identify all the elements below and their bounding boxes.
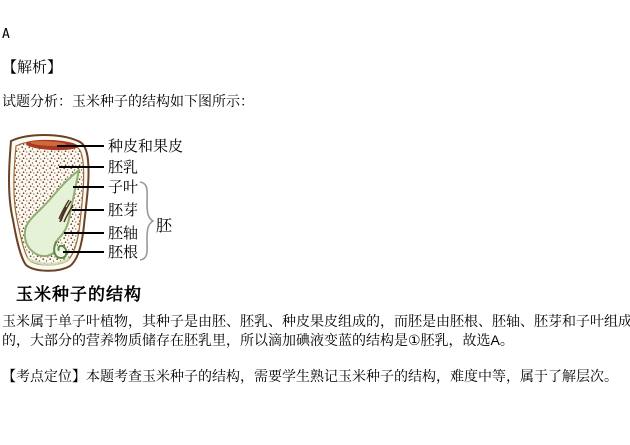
analysis-intro: 试题分析：玉米种子的结构如下图所示：: [2, 92, 254, 111]
exam-analysis-page: A 【解析】 试题分析：玉米种子的结构如下图所示：: [0, 0, 630, 445]
label-seed-coat-pericarp: 种皮和果皮: [108, 138, 183, 155]
label-hypocotyl: 胚轴: [108, 225, 138, 242]
analysis-body-line-1: 玉米属于单子叶植物，其种子是由胚、胚乳、种皮果皮组成的，而胚是由胚根、胚轴、胚芽…: [2, 312, 630, 331]
label-cotyledon: 子叶: [108, 179, 138, 196]
analysis-header: 【解析】: [2, 58, 62, 77]
label-endosperm: 胚乳: [108, 159, 138, 176]
brace-icon: [140, 182, 153, 260]
analysis-body-line-2: 的，大部分的营养物质储存在胚乳里，所以滴加碘液变蓝的结构是①胚乳，故选A。: [2, 331, 514, 350]
label-radicle: 胚根: [108, 244, 138, 261]
brace-label-embryo: 胚: [156, 213, 172, 236]
answer-letter: A: [2, 27, 10, 42]
exam-point-text: 【考点定位】本题考查玉米种子的结构，需要学生熟记玉米种子的结构，难度中等，属于了…: [2, 367, 618, 386]
label-plumule: 胚芽: [108, 202, 138, 219]
diagram-caption: 玉米种子的结构: [16, 280, 142, 305]
